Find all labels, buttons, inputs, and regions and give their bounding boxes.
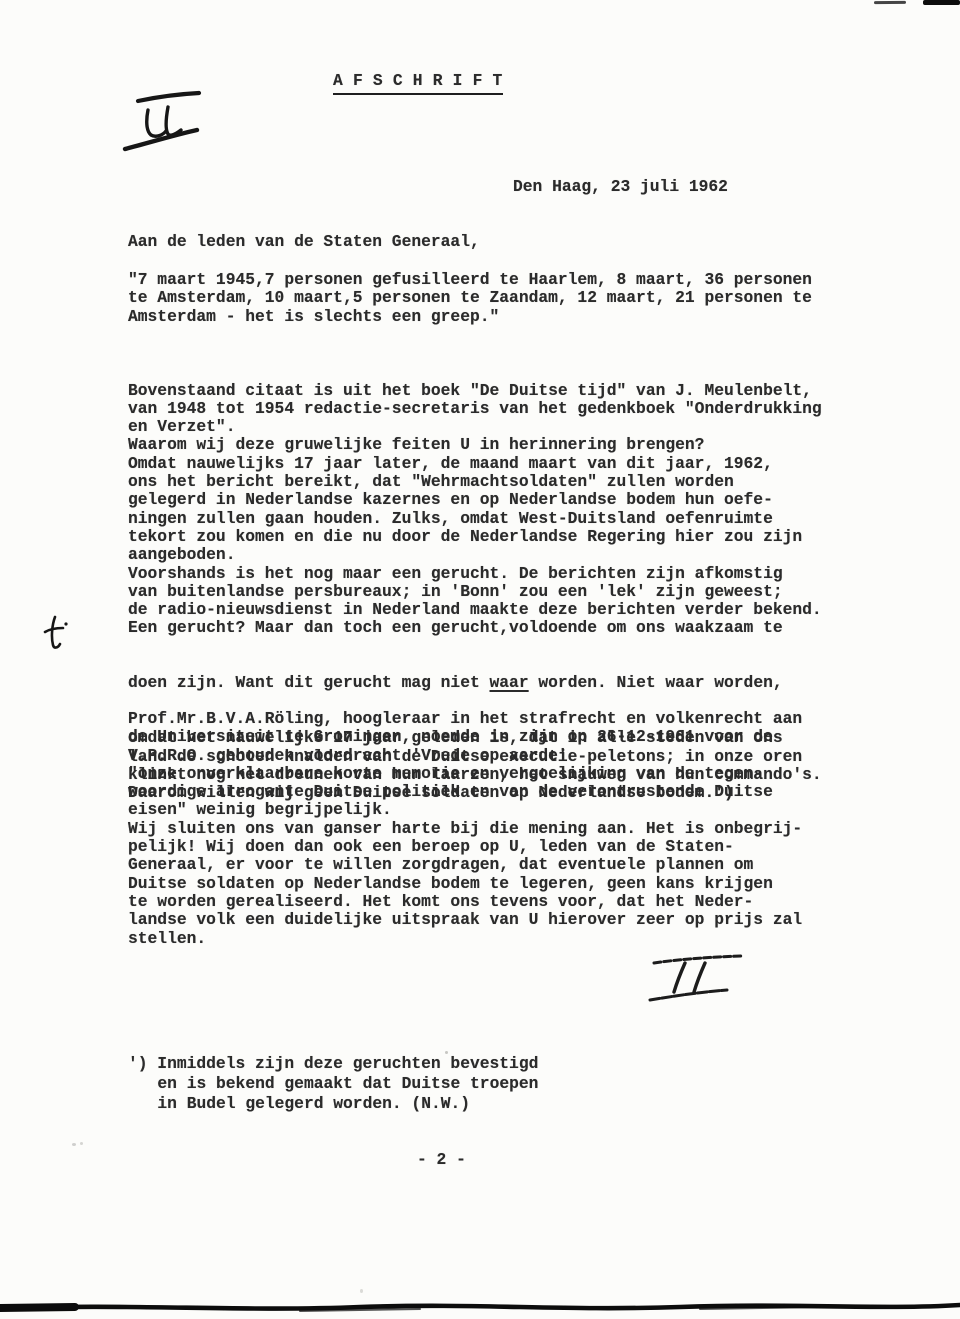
text-line: Generaal, er voor te willen zorgdragen, … bbox=[128, 856, 802, 874]
underlined-sentence-line: doen zijn. Want dit gerucht mag niet waa… bbox=[128, 674, 822, 692]
text-line: en Verzet". bbox=[128, 418, 822, 436]
text-line: Duitse soldaten op Nederlandse bodem te … bbox=[128, 875, 802, 893]
scan-speck bbox=[80, 1142, 83, 1145]
margin-mark-icon bbox=[38, 612, 72, 656]
text-line: woordige arrogante Duitse politiek en va… bbox=[128, 783, 802, 801]
scan-edge-line bbox=[0, 1296, 960, 1319]
scan-artifact-dash bbox=[874, 1, 906, 4]
text-line: "7 maart 1945,7 personen gefusilleerd te… bbox=[128, 271, 812, 289]
text-line: ') Inmiddels zijn deze geruchten bevesti… bbox=[128, 1054, 538, 1074]
text-line: van buitenlandse persbureaux; in 'Bonn' … bbox=[128, 583, 822, 601]
scan-artifact-dash bbox=[923, 0, 960, 5]
text-line: Omdat nauwelijks 17 jaar later, de maand… bbox=[128, 455, 822, 473]
scanned-letter-page: A F S C H R I F T Den Haag, 23 juli 1962… bbox=[0, 0, 960, 1319]
page-number: - 2 - bbox=[417, 1151, 466, 1169]
text-line: landse volk een duidelijke uitspraak van… bbox=[128, 911, 802, 929]
text-line: eisen" weinig begrijpelijk. bbox=[128, 801, 802, 819]
text-line: stellen. bbox=[128, 930, 802, 948]
footnote: ') Inmiddels zijn deze geruchten bevesti… bbox=[128, 1054, 538, 1113]
dateline: Den Haag, 23 juli 1962 bbox=[513, 178, 728, 196]
quote-paragraph: "7 maart 1945,7 personen gefusilleerd te… bbox=[128, 271, 812, 326]
underlined-word: waar bbox=[490, 673, 529, 692]
text-line: de radio-nieuwsdienst in Nederland maakt… bbox=[128, 601, 822, 619]
sentence-post: worden. Niet waar worden, bbox=[529, 673, 783, 692]
text-line: de Universiteit te Groningen, noemde in … bbox=[128, 728, 802, 746]
text-line: Bovenstaand citaat is uit het boek "De D… bbox=[128, 382, 822, 400]
text-line: V.P.R.O. gehouden voordracht 'Vrede op a… bbox=[128, 747, 802, 765]
sentence-pre: doen zijn. Want dit gerucht mag niet bbox=[128, 673, 490, 692]
text-line: Een gerucht? Maar dan toch een gerucht,v… bbox=[128, 619, 822, 637]
handwritten-mark-bottom-icon bbox=[646, 950, 751, 1008]
body-lines-a: Bovenstaand citaat is uit het boek "De D… bbox=[128, 382, 822, 638]
text-line: en is bekend gemaakt dat Duitse troepen bbox=[128, 1074, 538, 1094]
scan-speck bbox=[360, 1289, 363, 1293]
text-line: van 1948 tot 1954 redactie-secretaris va… bbox=[128, 400, 822, 418]
text-line: Wij sluiten ons van ganser harte bij die… bbox=[128, 820, 802, 838]
document-title: A F S C H R I F T bbox=[333, 72, 503, 95]
text-line: te worden gerealiseerd. Het komt ons tev… bbox=[128, 893, 802, 911]
text-line: Amsterdam - het is slechts een greep." bbox=[128, 308, 812, 326]
text-line: Prof.Mr.B.V.A.Röling, hoogleraar in het … bbox=[128, 710, 802, 728]
text-line: aangeboden. bbox=[128, 546, 822, 564]
handwritten-mark-top-icon bbox=[112, 84, 212, 156]
text-line: pelijk! Wij doen dan ook een beroep op U… bbox=[128, 838, 802, 856]
text-line: ons het bericht bereikt, dat "Wehrmachts… bbox=[128, 473, 822, 491]
salutation: Aan de leden van de Staten Generaal, bbox=[128, 233, 480, 251]
scan-speck bbox=[445, 1051, 448, 1054]
text-line: ningen zullen gaan houden. Zulks, omdat … bbox=[128, 510, 822, 528]
text-line: "onze onverklaarbare korte memorie en ve… bbox=[128, 765, 802, 783]
scan-speck bbox=[72, 1143, 76, 1146]
body-paragraph-2: Prof.Mr.B.V.A.Röling, hoogleraar in het … bbox=[128, 710, 802, 948]
text-line: Waarom wij deze gruwelijke feiten U in h… bbox=[128, 436, 822, 454]
text-line: tekort zou komen en die nu door de Neder… bbox=[128, 528, 822, 546]
text-line: in Budel gelegerd worden. (N.W.) bbox=[128, 1094, 538, 1114]
text-line: gelegerd in Nederlandse kazernes en op N… bbox=[128, 491, 822, 509]
text-line: Voorshands is het nog maar een gerucht. … bbox=[128, 565, 822, 583]
text-line: te Amsterdam, 10 maart,5 personen te Zaa… bbox=[128, 289, 812, 307]
